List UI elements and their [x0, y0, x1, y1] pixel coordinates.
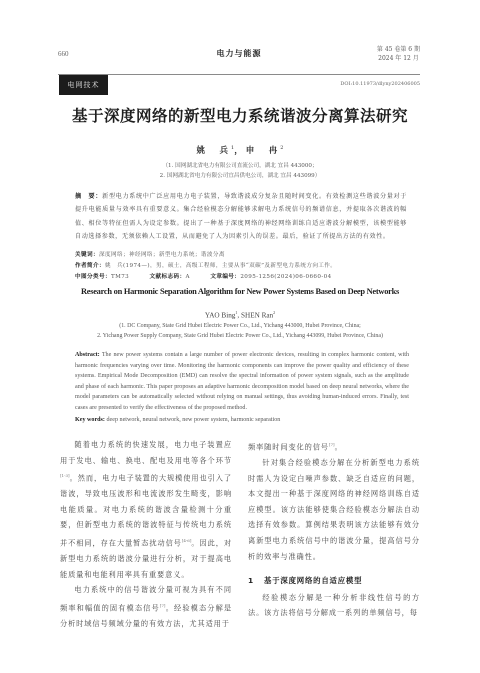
abstract-cn-label: 摘 要：: [75, 193, 102, 200]
doc-code-label: 文献标志码：: [150, 274, 186, 280]
body-paragraph: 经验模态分解是一种分析非线性信号的方法。该方法将信号分解成一系列的单频信号，每: [248, 590, 420, 621]
citation[interactable]: [4-6]: [182, 538, 192, 543]
paper-title-cn: 基于深度网络的新型电力系统谐波分离算法研究: [30, 104, 450, 126]
author-affil-mark: 1: [235, 310, 237, 315]
affiliation-en-2: 2. Yichang Power Supply Company, State G…: [20, 333, 460, 339]
running-header: 660 电力与能源 第 45 卷第 6 期 2024 年 12 月: [58, 40, 420, 76]
volume-issue: 第 45 卷第 6 期: [377, 45, 420, 54]
authors-cn: 姚 兵1，申 冉2: [30, 144, 450, 156]
section-title: 基于深度网络的自适应模型: [264, 576, 362, 585]
header-divider: [58, 74, 420, 75]
author-name: 申 冉: [246, 146, 281, 156]
journal-name: 电力与能源: [58, 48, 420, 59]
affiliation-en-1: (1. DC Company, State Grid Hubei Electri…: [20, 323, 460, 329]
abstract-cn-text: 新型电力系统中广泛应用电力电子装置，导致谐波成分复杂且随时间变化。有效检测这些谐…: [75, 193, 407, 240]
abstract-cn: 摘 要：新型电力系统中广泛应用电力电子装置，导致谐波成分复杂且随时间变化。有效检…: [75, 190, 407, 243]
article-no-label: 文章编号：: [210, 274, 240, 280]
author-bio-label: 作者简介：: [75, 263, 105, 269]
article-no-value: 2095-1256(2024)06-0660-04: [240, 274, 331, 280]
body-paragraph: 随着电力系统的快速发展，电力电子装置应用于发电、输电、换电、配电及用电等各个环节…: [60, 437, 232, 582]
citation[interactable]: [1-3]: [60, 473, 70, 478]
author-affil-mark: 2: [280, 145, 283, 151]
body-column-right: 频率随时间变化的信号[7]。 针对集合经验模态分解在分析新型电力系统时需人为设定…: [248, 437, 420, 621]
affiliation-cn-1: （1. 国网湖北省电力有限公司直流公司，湖北 宜昌 443000；: [30, 161, 450, 169]
author-name: 姚 兵: [197, 146, 232, 156]
affiliation-cn-2: 2. 国网湖北省电力有限公司宜昌供电公司，湖北 宜昌 443099）: [30, 171, 450, 179]
keywords-en-label: Key words:: [75, 417, 105, 423]
body-paragraph: 电力系统中的信号谐波分量可视为具有不同频率和幅值的固有模态信号[7]。经验模态分…: [60, 582, 232, 631]
abstract-en-text: The new power systems contain a large nu…: [75, 352, 409, 411]
body-paragraph: 针对集合经验模态分解在分析新型电力系统时需人为设定白噪声参数、缺乏自适应的问题，…: [248, 455, 420, 564]
section-badge: 电网技术: [59, 75, 108, 95]
body-column-left: 随着电力系统的快速发展，电力电子装置应用于发电、输电、换电、配电及用电等各个环节…: [60, 437, 232, 631]
doc-code-value: A: [186, 274, 190, 280]
abstract-en-label: Abstract:: [75, 352, 100, 358]
keywords-cn-label: 关键词：: [75, 252, 99, 258]
author-name-en: YAO Bing: [205, 311, 236, 319]
keywords-cn: 关键词：深度网络；神经网络；新型电力系统；谐波分离: [75, 250, 415, 258]
authors-en: YAO Bing1, SHEN Ran2: [30, 310, 450, 319]
keywords-cn-text: 深度网络；神经网络；新型电力系统；谐波分离: [99, 252, 225, 258]
issue-date: 2024 年 12 月: [377, 54, 420, 63]
author-name-en: SHEN Ran: [241, 311, 273, 319]
paper-title-en: Research on Harmonic Separation Algorith…: [20, 287, 460, 296]
keywords-en: Key words: deep network, neural network,…: [75, 417, 409, 423]
author-affil-mark: 2: [273, 310, 275, 315]
keywords-en-text: deep network, neural network, new power …: [107, 417, 281, 423]
issue-info: 第 45 卷第 6 期 2024 年 12 月: [377, 45, 420, 63]
classification-line: 中图分类号：TM73 文献标志码：A 文章编号：2095-1256(2024)0…: [75, 272, 415, 280]
doi[interactable]: DOI:10.11973/dlyny202406005: [340, 81, 420, 87]
body-paragraph: 频率随时间变化的信号[7]。: [248, 437, 420, 455]
section-number: 1: [248, 573, 264, 589]
section-heading: 1基于深度网络的自适应模型: [248, 573, 420, 589]
abstract-en: Abstract: The new power systems contain …: [75, 350, 409, 413]
author-bio-text: 姚 兵(1974—)，男，硕士，高级工程师，主要从事“双碳”及新型电力系统方向工…: [105, 263, 336, 269]
clc-label: 中图分类号：: [75, 274, 111, 280]
author-affil-mark: 1: [231, 145, 234, 151]
author-bio: 作者简介：姚 兵(1974—)，男，硕士，高级工程师，主要从事“双碳”及新型电力…: [75, 261, 415, 269]
clc-value: TM73: [111, 274, 129, 280]
